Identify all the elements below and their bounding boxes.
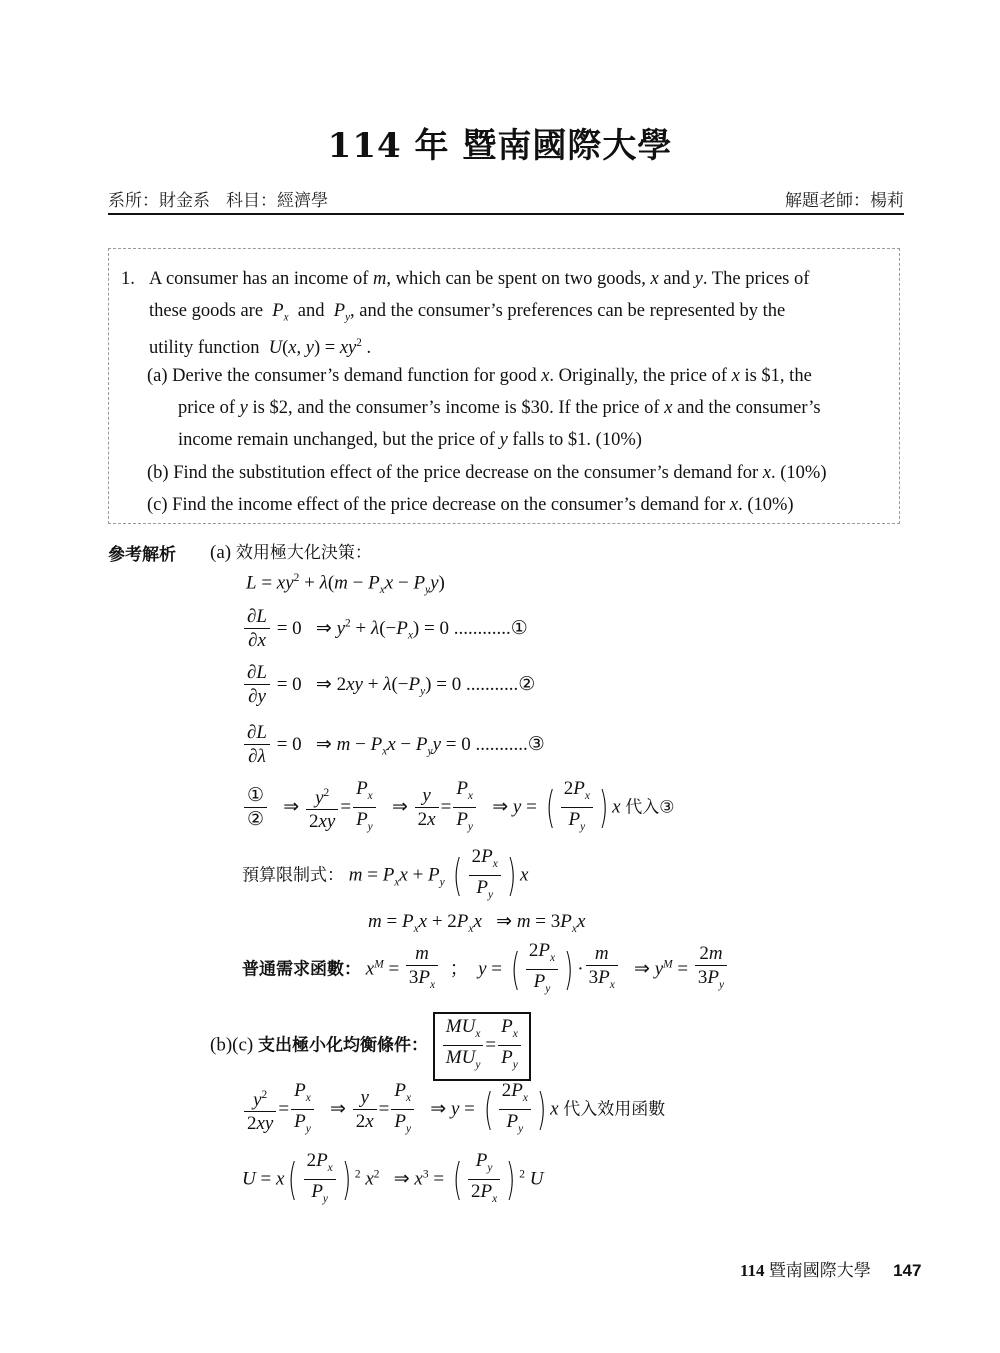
ratio-step: ①② ⇒ y22xy=PxPy ⇒ y2x=PxPy ⇒ y = (2PxPy)… <box>242 778 675 839</box>
foc-y: ∂L∂y = 0 ⇒ 2xy + λ(−Py) = 0 ...........② <box>242 662 535 709</box>
foc-lambda: ∂L∂λ = 0 ⇒ m − Pxx − Pyy = 0 ...........… <box>242 722 545 769</box>
subject: 科目：經濟學 <box>226 191 328 211</box>
footer-year: 114 <box>740 1261 765 1280</box>
part-bc-heading: (b)(c) 支出極小化均衡條件： MUxMUy=PxPy <box>210 1012 531 1081</box>
part-a-line-2: price of y is $2, and the consumer’s inc… <box>178 392 821 424</box>
marshallian-demand: 普通需求函數： xM = m3Px ； y = (2PxPy)·m3Px ⇒ y… <box>242 940 729 1001</box>
foc-x: ∂L∂x = 0 ⇒ y2 + λ(−Px) = 0 ............① <box>242 606 528 653</box>
header-divider <box>108 213 904 215</box>
part-a-line-3: income remain unchanged, but the price o… <box>178 424 642 456</box>
part-b-line: (b) Find the substitution effect of the … <box>147 457 827 489</box>
teacher: 解題老師：楊莉 <box>785 186 904 211</box>
part-c-line: (c) Find the income effect of the price … <box>147 489 794 521</box>
department: 系所：財金系 <box>108 191 210 211</box>
page-number: 147 <box>893 1261 921 1280</box>
part-a-line-1: (a) Derive the consumer’s demand functio… <box>147 360 812 392</box>
budget-constraint: 預算限制式： m = Pxx + Py (2PxPy)x <box>242 846 528 907</box>
lagrangian: L = xy2 + λ(m − Pxx − Pyy) <box>246 572 445 596</box>
page-title: 114 年 暨南國際大學 <box>0 118 1000 167</box>
equilibrium-condition-box: MUxMUy=PxPy <box>433 1012 531 1081</box>
bc-ratio-step: y22xy=PxPy ⇒ y2x=PxPy ⇒ y = (2PxPy)x 代入效… <box>242 1080 665 1141</box>
question-number: 1. <box>121 263 135 295</box>
answer-label: 參考解析 <box>108 540 176 565</box>
budget-simplified: m = Pxx + 2Pxx ⇒ m = 3Pxx <box>368 910 585 935</box>
footer-school: 暨南國際大學 <box>769 1261 871 1281</box>
part-a-heading: (a) 效用極大化決策： <box>210 538 372 564</box>
question-line-3: utility function U(x, y) = xy2 . <box>149 327 371 364</box>
question-line-1: A consumer has an income of m, which can… <box>149 263 889 295</box>
utility-substitution: U = x(2PxPy)2 x2 ⇒ x3 = (Py2Px)2 U <box>242 1150 543 1211</box>
exam-meta: 系所：財金系科目：經濟學 解題老師：楊莉 <box>108 186 904 212</box>
page-footer: 114 暨南國際大學 147 <box>740 1256 921 1281</box>
question-box: 1. A consumer has an income of m, which … <box>108 248 900 524</box>
